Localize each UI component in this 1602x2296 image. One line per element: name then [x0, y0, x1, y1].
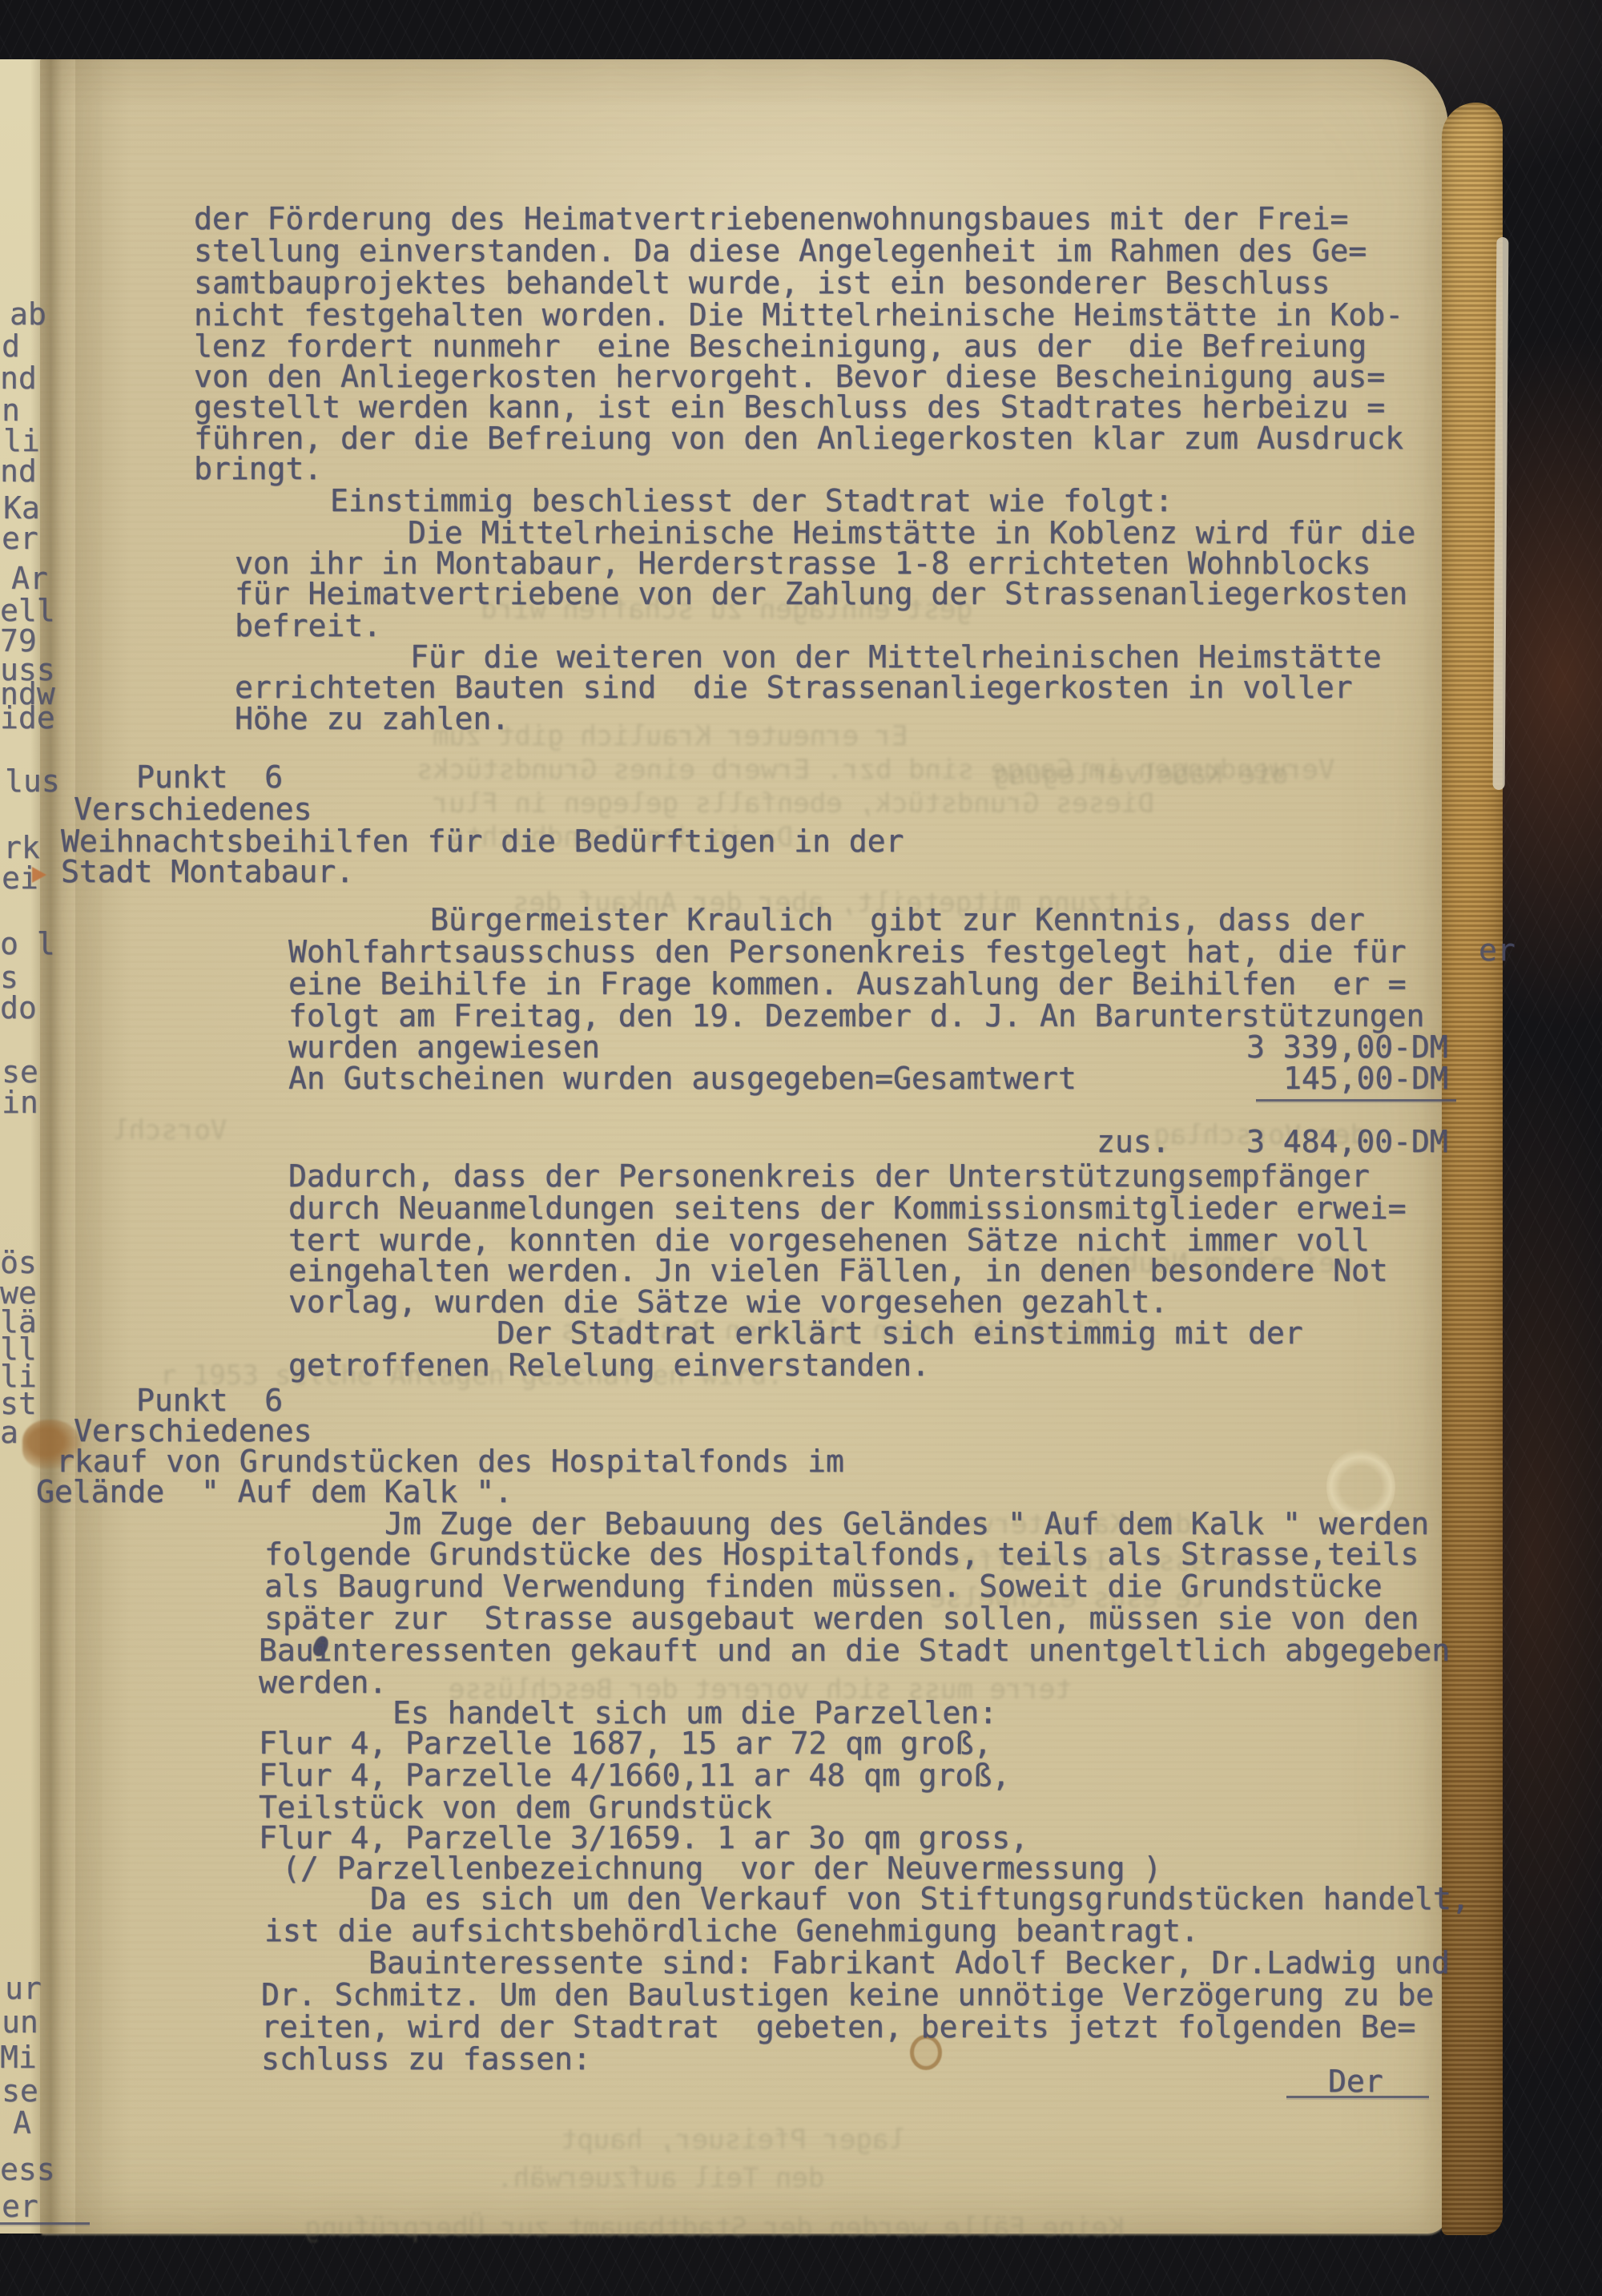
cut-off-text-fragment: se [2, 1056, 38, 1088]
typed-underline [1286, 2096, 1429, 2098]
typed-line: als Baugrund Verwendung finden müssen. S… [264, 1570, 1383, 1602]
typed-line: folgende Grundstücke des Hospitalfonds, … [264, 1538, 1419, 1570]
cut-off-text-fragment: li [3, 425, 40, 457]
typed-line: 3 339,00-DM [1246, 1031, 1448, 1063]
typed-line: Einstimmig beschliesst der Stadtrat wie … [330, 485, 1173, 517]
bleedthrough-line: lager Pfeisuer, haupt [561, 2125, 905, 2155]
typed-line: Stadt Montabaur. [61, 856, 354, 888]
typed-line: Bauinteressenten gekauft und an die Stad… [259, 1634, 1450, 1666]
typed-line: Bauinteressente sind: Fabrikant Adolf Be… [368, 1947, 1450, 1979]
typed-line: vorlag, wurden die Sätze wie vorgesehen … [288, 1286, 1168, 1318]
cut-off-text-fragment: er [2, 2190, 38, 2222]
cut-off-text-fragment: er [1479, 934, 1515, 966]
cut-off-text-fragment: do [0, 992, 37, 1024]
typed-line: stellung einverstanden. Da diese Angeleg… [194, 235, 1367, 267]
scanned-document: gest ehnlagen zu schaffen wirdEr erneute… [0, 0, 1602, 2296]
cut-off-text-fragment: a [0, 1416, 18, 1448]
typed-line: Punkt 6 [136, 1384, 283, 1416]
typed-line: der Förderung des Heimatvertriebenenwohn… [194, 203, 1348, 235]
cut-off-text-fragment: ös [0, 1247, 37, 1279]
typed-line: tert wurde, konnten die vorgesehenen Sät… [288, 1224, 1370, 1256]
typed-line: Der [1328, 2065, 1383, 2097]
typed-line: Der Stadtrat erklärt sich einstimmig mit… [497, 1317, 1303, 1349]
typed-line: Verschiedenes [74, 793, 312, 825]
typed-line: Flur 4, Parzelle 1687, 15 ar 72 qm groß, [259, 1727, 992, 1759]
cut-off-text-fragment: nd [0, 362, 37, 394]
typed-line: getroffenen Relelung einverstanden. [288, 1349, 930, 1381]
typed-line: 145,00-DM [1283, 1062, 1448, 1094]
typed-line: reiten, wird der Stadtrat gebeten, berei… [261, 2011, 1415, 2043]
cut-off-text-fragment: lus [5, 765, 60, 797]
typed-line: von den Anliegerkosten hervorgeht. Bevor… [194, 361, 1385, 393]
typed-line: Höhe zu zahlen. [235, 703, 509, 735]
cut-off-text-fragment: er [2, 522, 38, 554]
typed-line: eine Beihilfe in Frage kommen. Auszahlun… [288, 968, 1407, 1000]
typed-line: für Heimatvertriebene von der Zahlung de… [235, 578, 1407, 610]
cut-off-text-fragment: o l [0, 928, 55, 960]
typed-line: Punkt 6 [136, 761, 283, 793]
cut-off-text-fragment: Ka [3, 492, 40, 524]
typed-line: wurden angewiesen [288, 1031, 600, 1063]
typed-line: durch Neuanmeldungen seitens der Kommiss… [288, 1192, 1407, 1224]
bleedthrough-line: Vorschl [112, 1115, 227, 1146]
typed-line: nicht festgehalten worden. Die Mittelrhe… [194, 299, 1403, 331]
typed-line: Jm Zuge der Bebauung des Geländes " Auf … [384, 1508, 1429, 1540]
typed-line: Dr. Schmitz. Um den Baulustigen keine un… [261, 1979, 1434, 2011]
typed-line: Verschiedenes [74, 1415, 312, 1447]
bleedthrough-line: Dieses Grundstück, ebenfalls gelegen in … [433, 788, 1154, 819]
cut-off-text-fragment: d [2, 330, 20, 362]
bleedthrough-line: Keine Fälle werden der Stadtbauamt zur Ü… [304, 2213, 1125, 2243]
typed-line: von ihr in Montabaur, Herderstrasse 1-8 … [235, 547, 1371, 579]
cut-off-text-fragment: ess [0, 2153, 55, 2185]
typed-line: werden. [259, 1666, 387, 1698]
typed-line: Da es sich um den Verkauf von Stiftungsg… [370, 1883, 1470, 1915]
cut-off-text-fragment: in [2, 1086, 38, 1118]
typed-line: führen, der die Befreiung von den Anlieg… [194, 422, 1403, 454]
cut-off-text-fragment: rk [3, 832, 40, 864]
typed-line: lenz fordert nunmehr eine Bescheinigung,… [194, 330, 1367, 362]
cut-off-text-fragment: s [0, 961, 18, 993]
cut-off-text-fragment: ab [10, 298, 46, 330]
cut-off-text-fragment: ur [5, 1972, 42, 2004]
typed-line: samtbauprojektes behandelt wurde, ist ei… [194, 267, 1330, 299]
typed-line: schluss zu fassen: [261, 2043, 591, 2075]
typed-line: rkauf von Grundstücken des Hospitalfonds… [56, 1445, 844, 1477]
typed-line: ist die aufsichtsbehördliche Genehmigung… [264, 1915, 1199, 1947]
typed-line: zus. [1097, 1126, 1170, 1158]
typed-line: folgt am Freitag, den 19. Dezember d. J.… [288, 1000, 1424, 1032]
cut-off-text-fragment: ell [0, 594, 55, 626]
cut-off-text-fragment: un [2, 2006, 38, 2038]
typed-line: Flur 4, Parzelle 3/1659. 1 ar 3o qm gros… [259, 1822, 1028, 1854]
typed-line: Es handelt sich um die Parzellen: [392, 1697, 997, 1729]
typed-line: Gelände " Auf dem Kalk ". [36, 1476, 513, 1508]
typed-line: Wohlfahrtsausschuss den Personenkreis fe… [288, 936, 1407, 968]
typed-line: befreit. [235, 610, 381, 642]
typed-line: Bürgermeister Kraulich gibt zur Kenntnis… [430, 904, 1365, 936]
typed-line: gestellt werden kann, ist ein Beschluss … [194, 391, 1385, 423]
cut-off-text-fragment: Ar [11, 562, 48, 594]
cut-off-text-fragment: se [2, 2075, 38, 2107]
typed-line: 3 484,00-DM [1246, 1126, 1448, 1158]
cut-off-text-fragment: Mi [0, 2041, 37, 2073]
cut-off-text-fragment: nd [0, 455, 37, 487]
cut-off-text-fragment: n [2, 394, 20, 426]
typed-line: Die Mittelrheinische Heimstätte in Koble… [408, 517, 1415, 549]
typed-line: Teilstück von dem Grundstück [259, 1791, 772, 1823]
bleedthrough-line: den Teil aufzuerwäh. [497, 2163, 824, 2193]
typed-line: (/ Parzellenbezeichnung vor der Neuverme… [282, 1852, 1161, 1884]
typed-line: Weihnachtsbeihilfen für die Bedürftigen … [61, 825, 904, 857]
typed-line: Flur 4, Parzelle 4/1660,11 ar 48 qm groß… [259, 1759, 1010, 1791]
typed-line: An Gutscheinen wurden ausgegeben=Gesamtw… [288, 1062, 1077, 1094]
typed-line: Dadurch, dass der Personenkreis der Unte… [288, 1160, 1370, 1192]
typed-underline [1256, 1099, 1456, 1102]
cut-off-text-fragment: ei [2, 862, 38, 894]
cut-off-text-fragment: A [13, 2107, 31, 2139]
typed-line: später zur Strasse ausgebaut werden soll… [264, 1602, 1419, 1634]
typed-line: errichteten Bauten sind die Strassenanli… [235, 671, 1353, 703]
bleedthrough-line: die Kabelverlegung [993, 759, 1288, 790]
cut-off-text-fragment: ide [0, 702, 55, 734]
typed-underline [0, 2222, 90, 2225]
typed-line: Für die weiteren von der Mittelrheinisch… [410, 641, 1382, 673]
typed-line: bringt. [194, 453, 322, 485]
typed-line: eingehalten werden. Jn vielen Fällen, in… [288, 1255, 1388, 1287]
